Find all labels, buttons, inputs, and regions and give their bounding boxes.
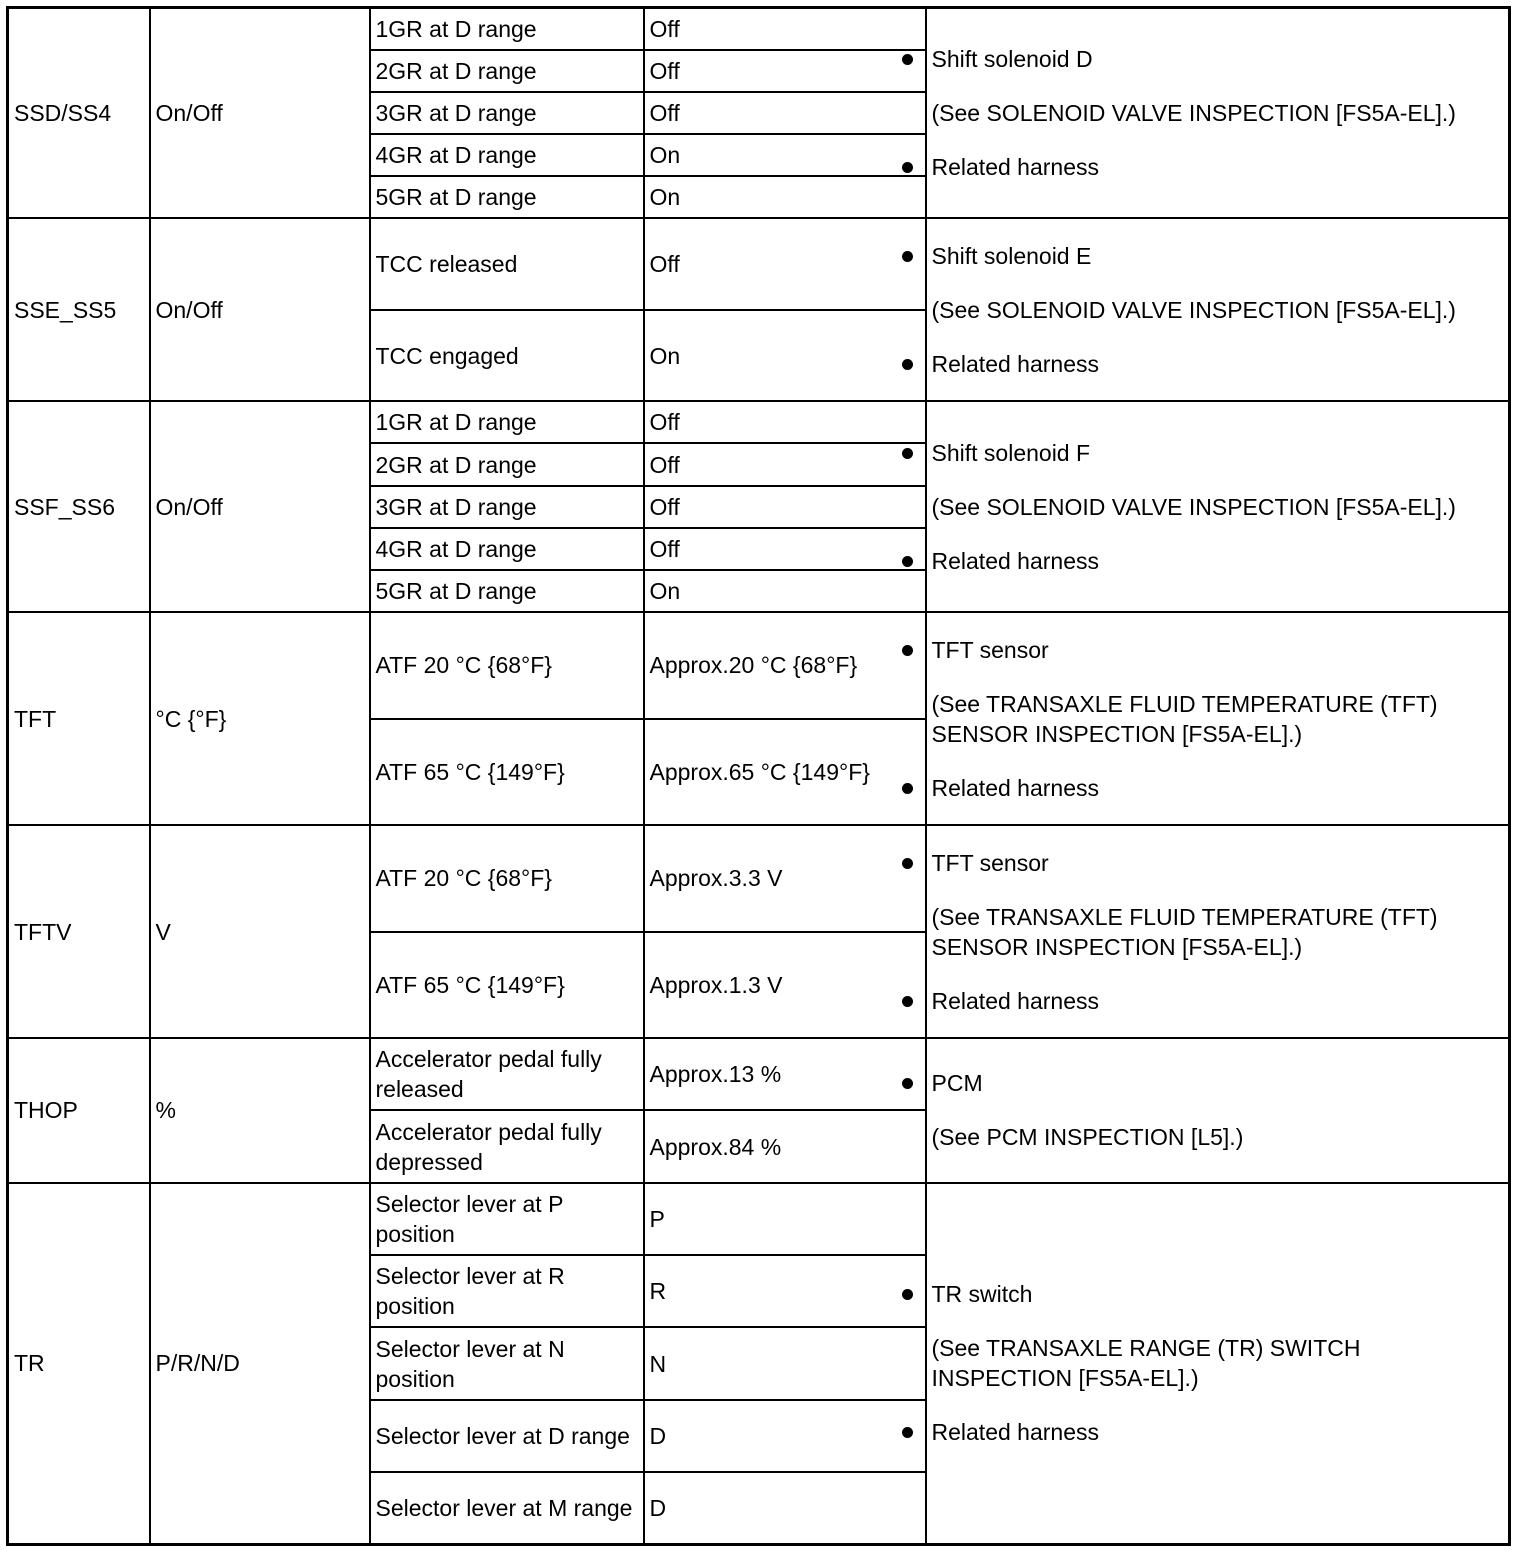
specification-value: On bbox=[644, 570, 926, 612]
inspection-part: Shift solenoid F bbox=[932, 438, 1504, 468]
unit-condition: On/Off bbox=[150, 218, 370, 401]
inspection-part: TFT sensor bbox=[932, 848, 1504, 878]
specification-value: R bbox=[644, 1255, 926, 1327]
specification-value: Approx.1.3 V bbox=[644, 932, 926, 1038]
condition: Selector lever at N position bbox=[370, 1327, 644, 1399]
table-row: SSF_SS6On/Off1GR at D rangeOffShift sole… bbox=[8, 401, 1510, 443]
table-row: THOP%Accelerator pedal fully releasedApp… bbox=[8, 1038, 1510, 1110]
inspection-part: TFT sensor bbox=[932, 635, 1504, 665]
inspection-item: Shift solenoid F(See SOLENOID VALVE INSP… bbox=[926, 401, 1510, 612]
specification-value: Off bbox=[644, 92, 926, 134]
related-harness: Related harness bbox=[932, 349, 1504, 379]
condition: 4GR at D range bbox=[370, 528, 644, 570]
condition: Accelerator pedal fully depressed bbox=[370, 1110, 644, 1182]
inspection-item: Shift solenoid D(See SOLENOID VALVE INSP… bbox=[926, 8, 1510, 219]
inspection-part: PCM bbox=[932, 1068, 1504, 1098]
table-row: TFT°C {°F}ATF 20 °C {68°F}Approx.20 °C {… bbox=[8, 612, 1510, 718]
condition: Selector lever at R position bbox=[370, 1255, 644, 1327]
specification-value: Off bbox=[644, 8, 926, 50]
inspection-reference-link[interactable]: (See TRANSAXLE FLUID TEMPERATURE (TFT) S… bbox=[932, 902, 1504, 962]
monitor-item: TFT bbox=[8, 612, 150, 825]
specification-value: Off bbox=[644, 528, 926, 570]
specification-value: On bbox=[644, 134, 926, 176]
specification-value: Off bbox=[644, 218, 926, 309]
related-harness: Related harness bbox=[932, 986, 1504, 1016]
related-harness: Related harness bbox=[932, 773, 1504, 803]
monitor-item: TR bbox=[8, 1183, 150, 1545]
condition: 5GR at D range bbox=[370, 570, 644, 612]
condition: TCC released bbox=[370, 218, 644, 309]
table-body: SSD/SS4On/Off1GR at D rangeOffShift sole… bbox=[8, 8, 1510, 1545]
inspection-part: Shift solenoid E bbox=[932, 241, 1504, 271]
condition: Selector lever at M range bbox=[370, 1472, 644, 1544]
condition: 3GR at D range bbox=[370, 92, 644, 134]
condition: ATF 20 °C {68°F} bbox=[370, 612, 644, 718]
inspection-reference-link[interactable]: (See SOLENOID VALVE INSPECTION [FS5A-EL]… bbox=[932, 98, 1504, 128]
condition: ATF 65 °C {149°F} bbox=[370, 932, 644, 1038]
condition: 5GR at D range bbox=[370, 176, 644, 218]
unit-condition: On/Off bbox=[150, 401, 370, 612]
specification-value: Approx.20 °C {68°F} bbox=[644, 612, 926, 718]
specification-value: Approx.84 % bbox=[644, 1110, 926, 1182]
condition: 2GR at D range bbox=[370, 50, 644, 92]
inspection-part: TR switch bbox=[932, 1279, 1504, 1309]
inspection-item: TR switch(See TRANSAXLE RANGE (TR) SWITC… bbox=[926, 1183, 1510, 1545]
specification-value: Approx.13 % bbox=[644, 1038, 926, 1110]
condition: 4GR at D range bbox=[370, 134, 644, 176]
unit-condition: On/Off bbox=[150, 8, 370, 219]
monitor-item: TFTV bbox=[8, 825, 150, 1038]
table-row: TFTVVATF 20 °C {68°F}Approx.3.3 VTFT sen… bbox=[8, 825, 1510, 931]
specification-value: Off bbox=[644, 50, 926, 92]
inspection-reference-link[interactable]: (See SOLENOID VALVE INSPECTION [FS5A-EL]… bbox=[932, 492, 1504, 522]
monitor-item: THOP bbox=[8, 1038, 150, 1183]
related-harness: Related harness bbox=[932, 546, 1504, 576]
specification-value: On bbox=[644, 176, 926, 218]
unit-condition: V bbox=[150, 825, 370, 1038]
unit-condition: % bbox=[150, 1038, 370, 1183]
specification-value: On bbox=[644, 310, 926, 401]
condition: 3GR at D range bbox=[370, 486, 644, 528]
condition: 1GR at D range bbox=[370, 8, 644, 50]
specification-value: P bbox=[644, 1183, 926, 1255]
specification-value: D bbox=[644, 1400, 926, 1472]
monitor-item: SSE_SS5 bbox=[8, 218, 150, 401]
related-harness: Related harness bbox=[932, 152, 1504, 182]
table-row: TRP/R/N/DSelector lever at P positionPTR… bbox=[8, 1183, 1510, 1255]
inspection-reference-link[interactable]: (See TRANSAXLE FLUID TEMPERATURE (TFT) S… bbox=[932, 689, 1504, 749]
inspection-item: PCM(See PCM INSPECTION [L5].) bbox=[926, 1038, 1510, 1183]
specification-value: Off bbox=[644, 443, 926, 485]
monitor-item-table: SSD/SS4On/Off1GR at D rangeOffShift sole… bbox=[6, 6, 1511, 1546]
specification-value: Approx.65 °C {149°F} bbox=[644, 719, 926, 825]
inspection-item: TFT sensor(See TRANSAXLE FLUID TEMPERATU… bbox=[926, 825, 1510, 1038]
condition: 1GR at D range bbox=[370, 401, 644, 443]
condition: TCC engaged bbox=[370, 310, 644, 401]
table-row: SSE_SS5On/OffTCC releasedOffShift soleno… bbox=[8, 218, 1510, 309]
unit-condition: °C {°F} bbox=[150, 612, 370, 825]
condition: 2GR at D range bbox=[370, 443, 644, 485]
specification-value: D bbox=[644, 1472, 926, 1544]
specification-value: Off bbox=[644, 401, 926, 443]
specification-value: Off bbox=[644, 486, 926, 528]
unit-condition: P/R/N/D bbox=[150, 1183, 370, 1545]
monitor-item: SSD/SS4 bbox=[8, 8, 150, 219]
inspection-part: Shift solenoid D bbox=[932, 44, 1504, 74]
condition: ATF 20 °C {68°F} bbox=[370, 825, 644, 931]
inspection-reference-link[interactable]: (See SOLENOID VALVE INSPECTION [FS5A-EL]… bbox=[932, 295, 1504, 325]
inspection-item: Shift solenoid E(See SOLENOID VALVE INSP… bbox=[926, 218, 1510, 401]
inspection-reference-link[interactable]: (See PCM INSPECTION [L5].) bbox=[932, 1122, 1504, 1152]
monitor-item: SSF_SS6 bbox=[8, 401, 150, 612]
condition: Accelerator pedal fully released bbox=[370, 1038, 644, 1110]
related-harness: Related harness bbox=[932, 1417, 1504, 1447]
specification-value: N bbox=[644, 1327, 926, 1399]
condition: Selector lever at D range bbox=[370, 1400, 644, 1472]
specification-value: Approx.3.3 V bbox=[644, 825, 926, 931]
inspection-reference-link[interactable]: (See TRANSAXLE RANGE (TR) SWITCH INSPECT… bbox=[932, 1333, 1504, 1393]
table-row: SSD/SS4On/Off1GR at D rangeOffShift sole… bbox=[8, 8, 1510, 50]
condition: Selector lever at P position bbox=[370, 1183, 644, 1255]
inspection-item: TFT sensor(See TRANSAXLE FLUID TEMPERATU… bbox=[926, 612, 1510, 825]
condition: ATF 65 °C {149°F} bbox=[370, 719, 644, 825]
